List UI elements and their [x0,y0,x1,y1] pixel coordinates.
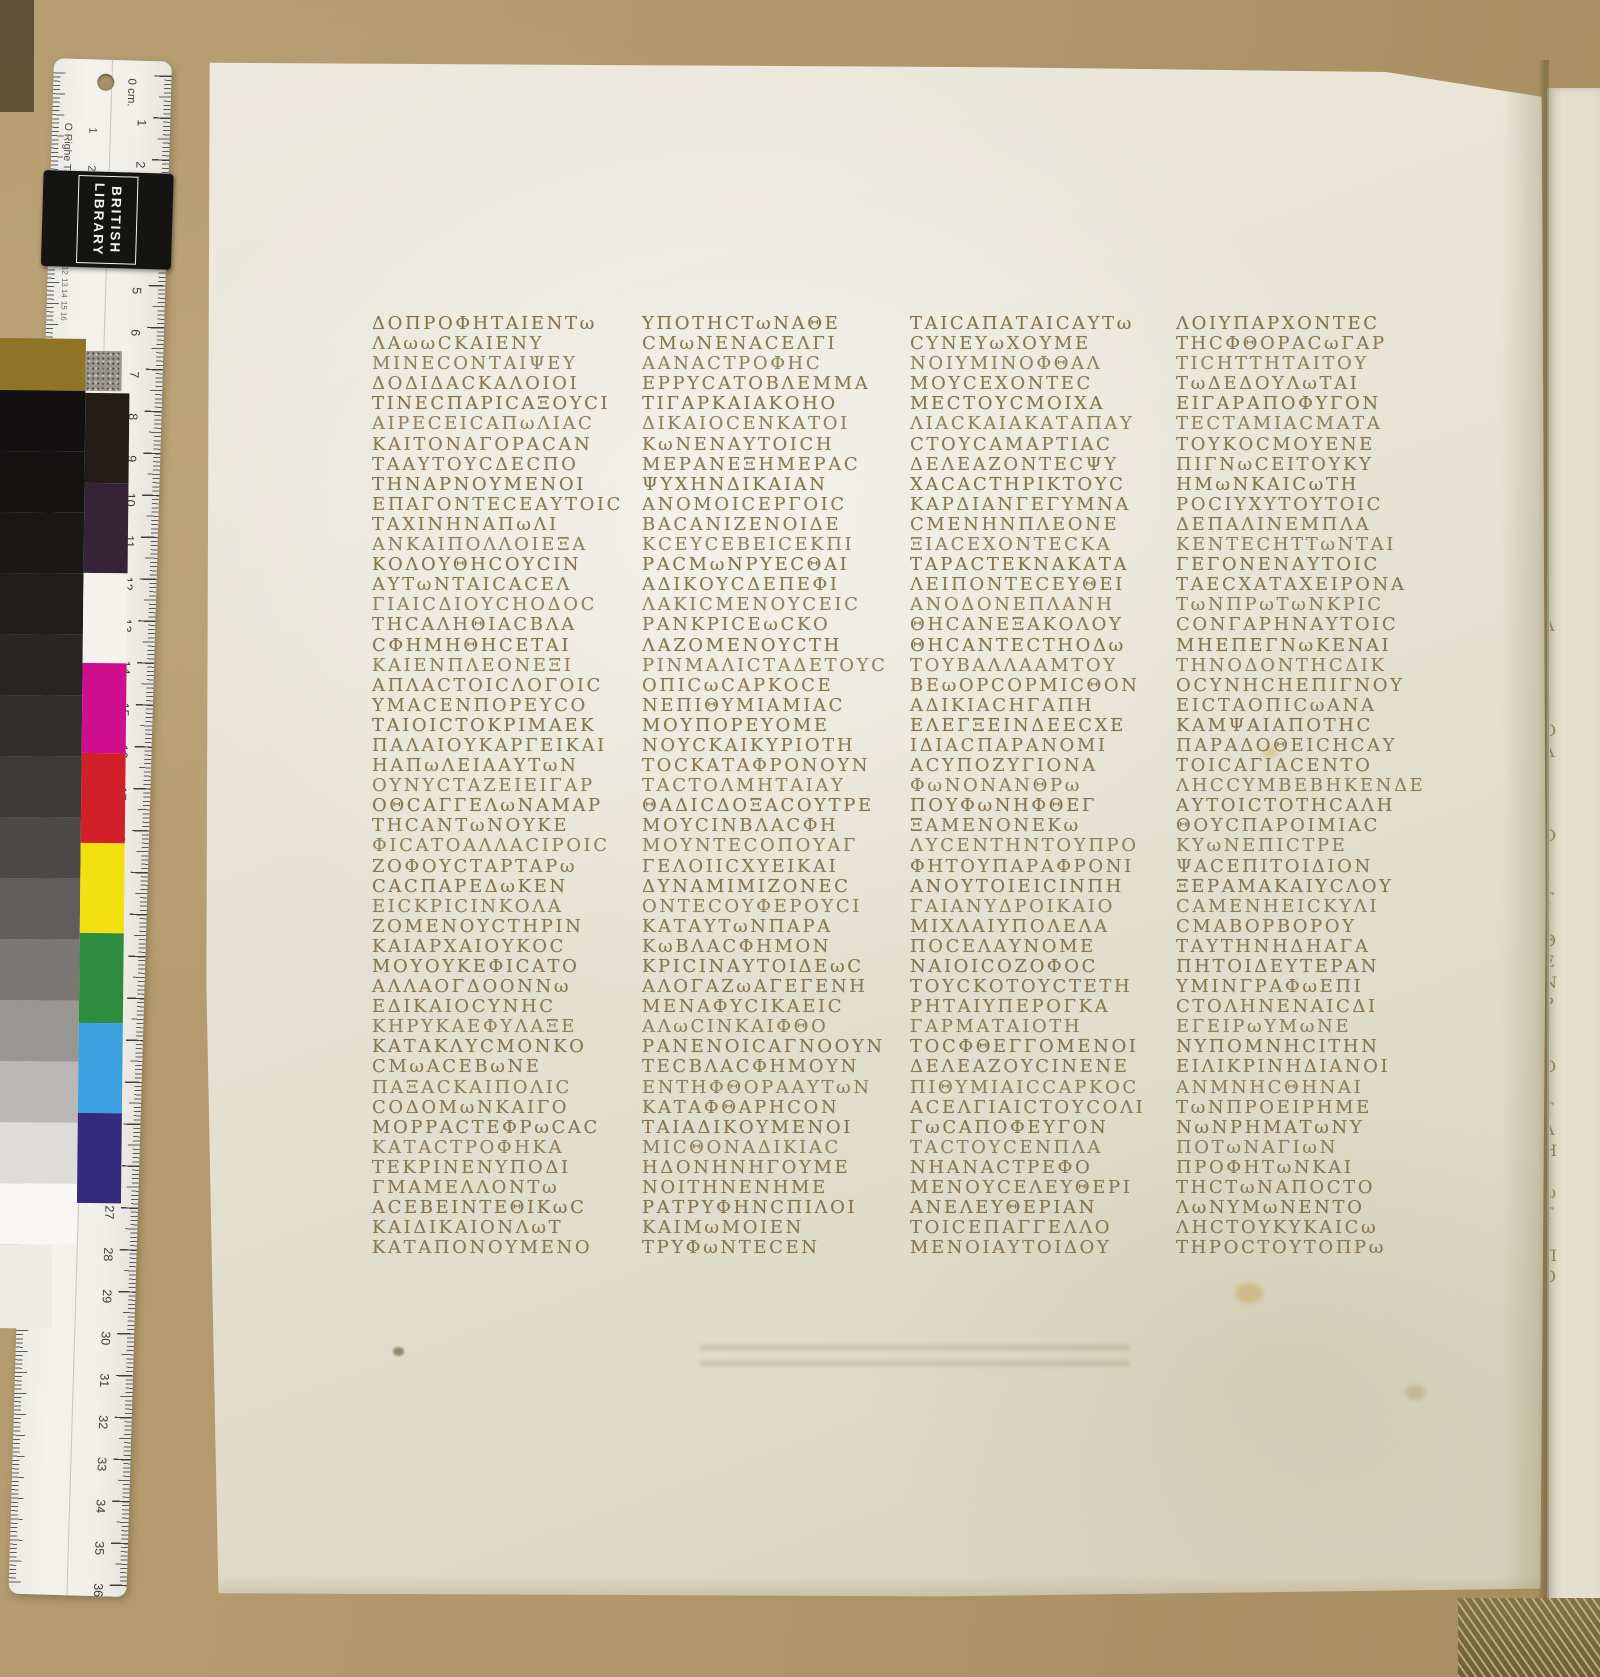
manuscript-line: ΠΟΤωΝΑΓΙωΝ [1176,1137,1444,1157]
manuscript-line: ΚΥωΝΕΠΙCΤΡΕ [1176,835,1444,855]
manuscript-line: ΖΟΦΟΥCΤΑΡΤΑΡω [372,856,640,876]
grayscale-step [0,1122,78,1184]
calibration-card-white-end [0,1244,53,1329]
manuscript-line: ΤΗCΑΝΤωΝΟΥΚΕ [372,815,640,835]
grayscale-strip [0,390,85,1245]
manuscript-line: ΤωΝΠΡΟΕΙΡΗΜΕ [1176,1097,1444,1117]
british-library-label-line2: LIBRARY [89,183,108,257]
manuscript-line: ΝΟΙΤΗΝΕΝΗΜΕ [642,1177,910,1197]
grayscale-step [0,573,84,635]
manuscript-line: ΛΗCΤΟΥΚΥΚΑΙCω [1176,1217,1444,1237]
manuscript-line: ΑCΕΒΕΙΝΤΕΘΙΚωC [372,1197,640,1217]
manuscript-line: ΗΑΠωΛΕΙΑΑΥΤωΝ [372,755,640,775]
manuscript-line: CΤΟΥCΑΜΑΡΤΙΑC [910,434,1178,454]
grayscale-step [0,1000,79,1062]
manuscript-line: ΤΟCΚΑΤΑΦΡΟΝΟΥΝ [642,755,910,775]
manuscript-line: ΔΕΛΕΑΖΟΝΤΕCΨΥ [910,454,1178,474]
manuscript-line: ΕΙΛΙΚΡΙΝΗΔΙΑΝΟΙ [1176,1056,1444,1076]
manuscript-line: ΓΜΑΜΕΛΛΟΝΤω [372,1177,640,1197]
grayscale-step [0,817,81,879]
manuscript-line: ΠΑΡΑΔΟΘΕΙCΗCΑΥ [1176,735,1444,755]
facing-page-edge: Λ·ΟΛΙΙΟΤΘΕΝΡΙΟΤΛΗωΤΠΟ [1547,88,1600,1616]
manuscript-line: ΕΙCΚΡΙCΙΝΚΟΛΑ [372,896,640,916]
manuscript-line: ΑCΕΛΓΙΑΙCΤΟΥCΟΛΙ [910,1097,1178,1117]
ruler-cm-number: 30 [84,1330,126,1346]
manuscript-line: ΜΕΡΑΝΕΞΗΜΕΡΑC [642,454,910,474]
manuscript-line: ΑΝΕΛΕΥΘΕΡΙΑΝ [910,1197,1178,1217]
manuscript-line: ΤΟCΦΘΕΓΓΟΜΕΝΟΙ [910,1036,1178,1056]
manuscript-line: ΜΗΕΠΕΓΝωΚΕΝΑΙ [1176,635,1444,655]
manuscript-line: ΕΛΕΓΞΕΙΝΔΕΕCΧΕ [910,715,1178,735]
color-patch [84,393,129,483]
grayscale-step [0,1061,78,1123]
manuscript-line: ΜΙΧΛΑΙΥΠΟΛΕΛΑ [910,916,1178,936]
manuscript-line: ΤΑCΤΟΥCΕΝΠΛΑ [910,1137,1178,1157]
manuscript-line: ΔΥΝΑΜΙΜΙΖΟΝΕC [642,876,910,896]
manuscript-line: ΜΟΥΠΟΡΕΥΟΜΕ [642,715,910,735]
manuscript-line: ΚΗΡΥΚΑΕΦΥΛΑΞΕ [372,1016,640,1036]
facing-page-edge-glyph [1550,805,1574,826]
manuscript-line: ΚωΒΛΑCΦΗΜΟΝ [642,936,910,956]
color-patch [80,843,125,933]
granite-speckle-patch [85,351,121,391]
manuscript-line: ΚωΝΕΝΑΥΤΟΙCΗ [642,434,910,454]
manuscript-line: ΤΑΙCΑΠΑΤΑΙCΑΥΤω [910,313,1178,333]
ruler-cm-number: 35 [78,1540,120,1556]
manuscript-line: ΚΑΙΤΟΝΑΓΟΡΑCΑΝ [372,434,640,454]
manuscript-line: ΓωCΑΠΟΦΕΥΓΟΝ [910,1117,1178,1137]
manuscript-line: ΕΝΤΗΦΘΟΡΑΑΥΤωΝ [642,1077,910,1097]
manuscript-line: ΒΕωΟΡCΟΡΜΙCΘΟΝ [910,675,1178,695]
facing-page-edge-glyph [1550,847,1574,868]
facing-page-edge-glyph: Λ [1550,616,1574,637]
ruler-side-small-number: 14 [58,288,70,298]
manuscript-line: ΟΠΙCωCΑΡΚΟCΕ [642,675,910,695]
facing-page-edge-glyph: Τ [1550,1204,1574,1225]
color-calibration-card [0,338,132,1329]
facing-page-edge-glyph [1550,910,1574,931]
manuscript-line: ΦωΝΟΝΑΝΘΡω [910,775,1178,795]
manuscript-line: ΚΑΤΑCΤΡΟΦΗΚΑ [372,1137,640,1157]
manuscript-line: ΤΑΙΑΔΙΚΟΥΜΕΝΟΙ [642,1117,910,1137]
manuscript-line: ΓΕΛΟΙΙCΧΥΕΙΚΑΙ [642,856,910,876]
manuscript-line: ΚΑΙΔΙΚΑΙΟΝΛωΤ [372,1217,640,1237]
manuscript-line: ΤΙΓΑΡΚΑΙΑΚΟΗΟ [642,393,910,413]
ruler-side-number: 1 [73,123,111,137]
manuscript-line: ΕΙCΤΑΟΠΙCωΑΝΑ [1176,695,1444,715]
manuscript-line: ΔΕΛΕΑΖΟΥCΙΝΕΝΕ [910,1056,1178,1076]
manuscript-line: ΝΥΠΟΜΝΗCΙΤΗΝ [1176,1036,1444,1056]
manuscript-line: ΡΟCΙΥΧΥΤΟΥΤΟΙC [1176,494,1444,514]
manuscript-line: ΛΙΑCΚΑΙΑΚΑΤΑΠΑΥ [910,413,1178,433]
color-patch [82,663,127,753]
facing-page-edge-glyph [1550,1015,1574,1036]
british-library-label-frame: BRITISH LIBRARY [76,175,139,265]
manuscript-line: ΤΑCΤΟΛΜΗΤΑΙΑΥ [642,775,910,795]
manuscript-line: ΜΕCΤΟΥCΜΟΙΧΑ [910,393,1178,413]
manuscript-line: ΤΟΥΒΑΛΛΑΑΜΤΟΥ [910,655,1178,675]
manuscript-line: ΥΜΑCΕΝΠΟΡΕΥCΟ [372,695,640,715]
manuscript-line: ΖΟΜΕΝΟΥCΤΗΡΙΝ [372,916,640,936]
manuscript-line: ΞΑΜΕΝΟΝΕΚω [910,815,1178,835]
manuscript-line: ΟCΥΝΗCΗΕΠΙΓΝΟΥ [1176,675,1444,695]
facing-page-edge-glyph: Λ [1550,1120,1574,1141]
manuscript-line: ΡΑΝΚΡΙCΕωCΚΟ [642,614,910,634]
manuscript-line: ΑΝΚΑΙΠΟΛΛΟΙΕΞΑ [372,534,640,554]
facing-page-edge-glyph: Τ [1550,1099,1574,1120]
manuscript-line: ΑΝΟΜΟΙCΕΡΓΟΙC [642,494,910,514]
grayscale-step [0,878,80,940]
text-column-2: ΥΠΟΤΗCΤωΝΑΘΕCΜωΝΕΝΑCΕΛΓΙΑΑΝΑCΤΡΟΦΗCΕΡΡΥC… [642,313,910,1257]
manuscript-line: CΦΗΜΗΘΗCΕΤΑΙ [372,635,640,655]
manuscript-line: ΡΗΤΑΙΥΠΕΡΟΓΚΑ [910,996,1178,1016]
text-column-4: ΛΟΙΥΠΑΡΧΟΝΤΕCΤΗCΦΘΟΡΑCωΓΑΡΤΙCΗΤΤΗΤΑΙΤΟΥΤ… [1176,313,1444,1257]
manuscript-line: ΤΟΥCΚΟΤΟΥCΤΕΤΗ [910,976,1178,996]
manuscript-line: ΜΟΥCΙΝΒΛΑCΦΗ [642,815,910,835]
grayscale-step [0,1183,77,1245]
manuscript-line: ΨΑCΕΠΙΤΟΙΔΙΟΝ [1176,856,1444,876]
color-patch [79,933,124,1023]
manuscript-line: ΛΥCΕΝΤΗΝΤΟΥΠΡΟ [910,835,1178,855]
manuscript-line: ΝΟΙΥΜΙΝΟΦΘΑΛ [910,353,1178,373]
manuscript-line: ΤωΝΠΡωΤωΝΚΡΙC [1176,594,1444,614]
facing-page-edge-glyph: Τ [1550,889,1574,910]
facing-page-edge-glyph: Θ [1550,931,1574,952]
facing-page-edge-glyph: Ι [1550,763,1574,784]
manuscript-line: ΞΙΑCΕΧΟΝΤΕCΚΑ [910,534,1178,554]
manuscript-line: ΤΗCΦΘΟΡΑCωΓΑΡ [1176,333,1444,353]
manuscript-line: ΛΕΙΠΟΝΤΕCΕΥΘΕΙ [910,574,1178,594]
manuscript-line: ΤΟΙCΑΓΙΑCΕΝΤΟ [1176,755,1444,775]
manuscript-line: ΤΙΝΕCΠΑΡΙCΑΞΟΥCΙ [372,393,640,413]
ruler-side-small-number: 13 [59,277,71,287]
facing-page-edge-glyph: Ο [1550,826,1574,847]
facing-page-edge-glyph: Λ [1550,742,1574,763]
manuscript-line: ΤΗΝΑΡΝΟΥΜΕΝΟΙ [372,474,640,494]
manuscript-line: ΔΙΚΑΙΟCΕΝΚΑΤΟΙ [642,413,910,433]
manuscript-line: ΜΟΡΡΑCΤΕΦΡωCΑC [372,1117,640,1137]
manuscript-line: ΟΝΤΕCΟΥΦΕΡΟΥCΙ [642,896,910,916]
facing-page-edge-glyph: Ρ [1550,994,1574,1015]
manuscript-line: ΗΔΟΝΗΝΗΓΟΥΜΕ [642,1157,910,1177]
manuscript-line: ΚΑΙΑΡΧΑΙΟΥΚΟC [372,936,640,956]
manuscript-line: ΚΑΤΑΥΤωΝΠΑΡΑ [642,916,910,936]
manuscript-line: ΤΑΡΑCΤΕΚΝΑΚΑΤΑ [910,554,1178,574]
ruler-cm-number: 31 [83,1372,125,1388]
facing-page-edge-glyph: Ο [1550,721,1574,742]
manuscript-line: ΑΠΛΑCΤΟΙCΛΟΓΟΙC [372,675,640,695]
ruler-side-small-number: 16 [57,311,69,321]
manuscript-line: ΑΥΤΟΙCΤΟΤΗCΑΛΗ [1176,795,1444,815]
manuscript-line: ΑΥΤωΝΤΑΙCΑCΕΛ [372,574,640,594]
text-column-1: ΔΟΠΡΟΦΗΤΑΙΕΝΤωΛΑωωCΚΑΙΕΝΥΜΙΝΕCΟΝΤΑΙΨΕΥΔΟ… [372,313,640,1257]
color-patch-strip [77,393,129,1203]
manuscript-line: ΤΕΚΡΙΝΕΝΥΠΟΔΙ [372,1157,640,1177]
manuscript-line: ΠΙΘΥΜΙΑΙCCΑΡΚΟC [910,1077,1178,1097]
manuscript-line: ΡΑΤΡΥΦΗΝCΠΙΛΟΙ [642,1197,910,1217]
ruler-side-small-number: 15 [58,300,70,310]
manuscript-line: ΜΕΝΑΦΥCΙΚΑΕΙC [642,996,910,1016]
manuscript-line: ΥΠΟΤΗCΤωΝΑΘΕ [642,313,910,333]
manuscript-line: ΤΑΧΙΝΗΝΑΠωΛΙ [372,514,640,534]
manuscript-line: ΞΕΡΑΜΑΚΑΙΥCΛΟΥ [1176,876,1444,896]
manuscript-line: ΚΑΤΑΠΟΝΟΥΜΕΝΟ [372,1237,640,1257]
facing-page-edge-glyph [1550,679,1574,700]
manuscript-line: ΤΑΙΟΙCΤΟΚΡΙΜΑΕΚ [372,715,640,735]
manuscript-line: ΚCΕΥCΕΒΕΙCΕΚΠΙ [642,534,910,554]
manuscript-line: ΓΑΡΜΑΤΑΙΟΤΗ [910,1016,1178,1036]
facing-page-edge-glyph [1550,1288,1574,1309]
manuscript-line: ΡΑΝΕΝΟΙCΑΓΝΟΟΥΝ [642,1036,910,1056]
manuscript-line: ΚΟΛΟΥΘΗCΟΥCΙΝ [372,554,640,574]
manuscript-line: ΓΙΑΙCΔΙΟΥCΗΟΔΟC [372,594,640,614]
manuscript-line: ΤΑΑΥΤΟΥCΔΕCΠΟ [372,454,640,474]
manuscript-line: ΕΙΓΑΡΑΠΟΦΥΓΟΝ [1176,393,1444,413]
manuscript-line: ΘΗCΑΝΕΞΑΚΟΛΟΥ [910,614,1178,634]
manuscript-line: ΕΓΕΙΡωΥΜωΝΕ [1176,1016,1444,1036]
manuscript-line: ΤΡΥΦωΝΤΕCΕΝ [642,1237,910,1257]
ruler-cm-number: 34 [79,1498,121,1514]
manuscript-line: ΕΠΑΓΟΝΤΕCΕΑΥΤΟΙC [372,494,640,514]
manuscript-line: ΤΗΝΟΔΟΝΤΗCΔΙΚ [1176,655,1444,675]
british-library-label: BRITISH LIBRARY [41,170,174,270]
manuscript-line: ΝωΝΡΗΜΑΤωΝΥ [1176,1117,1444,1137]
manuscript-line: ΚΑΡΔΙΑΝΓΕΓΥΜΝΑ [910,494,1178,514]
grayscale-step [0,390,85,452]
grayscale-step [0,512,84,574]
manuscript-line: ΛΑωωCΚΑΙΕΝΥ [372,333,640,353]
facing-page-edge-glyph: Ο [1550,1057,1574,1078]
facing-page-edge-glyph: Ο [1550,1267,1574,1288]
manuscript-line: ΝΕΠΙΘΥΜΙΑΜΙΑC [642,695,910,715]
photo-corner-shadow [0,0,34,112]
manuscript-line: ΤΑΕCΧΑΤΑΧΕΙΡΟΝΑ [1176,574,1444,594]
grayscale-step [0,939,80,1001]
facing-page-edge-glyph: Ι [1550,784,1574,805]
manuscript-line: ΤΕCΤΑΜΙΑCΜΑΤΑ [1176,413,1444,433]
manuscript-line: ΘΗCΑΝΤΕCΤΗΟΔω [910,635,1178,655]
ruler-side-small-numbers: 1213141516 [58,264,70,322]
grayscale-step [0,756,82,818]
manuscript-line: ΛΗCCΥΜΒΕΒΗΚΕΝΔΕ [1176,775,1444,795]
manuscript-line: ΤΟΥΚΟCΜΟΥΕΝΕ [1176,434,1444,454]
facing-page-edge-glyph [1550,1225,1574,1246]
manuscript-line: ΗΜωΝΚΑΙCωΤΗ [1176,474,1444,494]
manuscript-line: ΛΑΖΟΜΕΝΟΥCΤΗ [642,635,910,655]
manuscript-line: ΤΕCΒΛΑCΦΗΜΟΥΝ [642,1056,910,1076]
manuscript-line: ΠΡΟΦΗΤωΝΚΑΙ [1176,1157,1444,1177]
manuscript-line: CΑΜΕΝΗΕΙCΚΥΛΙ [1176,896,1444,916]
manuscript-line: CΥΝΕΥωΧΟΥΜΕ [910,333,1178,353]
manuscript-line: ΑΝΜΝΗCΘΗΝΑΙ [1176,1077,1444,1097]
manuscript-line: ΧΑCΑCΤΗΡΙΚΤΟΥC [910,474,1178,494]
grayscale-step [0,695,82,757]
manuscript-line: ΛΟΙΥΠΑΡΧΟΝΤΕC [1176,313,1444,333]
manuscript-line: ΠΟΥΦωΝΗΦΘΕΓ [910,795,1178,815]
gold-patch [0,338,86,391]
manuscript-line: ΑCΥΠΟΖΥΓΙΟΝΑ [910,755,1178,775]
manuscript-line: ΠΑΞΑCΚΑΙΠΟΛΙC [372,1077,640,1097]
facing-page-edge-text: Λ·ΟΛΙΙΟΤΘΕΝΡΙΟΤΛΗωΤΠΟ [1550,616,1574,1330]
manuscript-line: ΝΗΑΝΑCΤΡΕΦΟ [910,1157,1178,1177]
facing-page-edge-glyph [1550,658,1574,679]
manuscript-line: ΚΑΤΑΦΘΑΡΗCΟΝ [642,1097,910,1117]
grayscale-step [0,451,85,513]
manuscript-line: ΜΙΝΕCΟΝΤΑΙΨΕΥ [372,353,640,373]
facing-page-edge-glyph: Ν [1550,973,1574,994]
text-column-3: ΤΑΙCΑΠΑΤΑΙCΑΥΤωCΥΝΕΥωΧΟΥΜΕΝΟΙΥΜΙΝΟΦΘΑΛΜΟ… [910,313,1178,1257]
manuscript-line: ΠΗΤΟΙΔΕΥΤΕΡΑΝ [1176,956,1444,976]
manuscript-line: ΙΔΙΑCΠΑΡΑΝΟΜΙ [910,735,1178,755]
manuscript-line: ΠΑΛΑΙΟΥΚΑΡΓΕΙΚΑΙ [372,735,640,755]
manuscript-line: CΤΟΛΗΝΕΝΑΙCΔΙ [1176,996,1444,1016]
manuscript-line: ΚΑΙΜωΜΟΙΕΝ [642,1217,910,1237]
fanned-page-edges [1458,1598,1600,1677]
manuscript-line: ΓΕΓΟΝΕΝΑΥΤΟΙC [1176,554,1444,574]
manuscript-line: ΤΗΡΟCΤΟΥΤΟΠΡω [1176,1237,1444,1257]
facing-page-edge-glyph: · [1550,637,1574,658]
manuscript-line: ΤΙCΗΤΤΗΤΑΙΤΟΥ [1176,353,1444,373]
manuscript-line: ΑΝΟΥΤΟΙΕΙCΙΝΠΗ [910,876,1178,896]
manuscript-line: ΑΝΟΔΟΝΕΠΛΑΝΗ [910,594,1178,614]
manuscript-line: ΤΑΥΤΗΝΗΔΗΑΓΑ [1176,936,1444,956]
manuscript-line: ΑΙΡΕCΕΙCΑΠωΛΙΑC [372,413,640,433]
facing-page-edge-glyph [1550,1162,1574,1183]
manuscript-line: ΑΛΟΓΑΖωΑΓΕΓΕΝΗ [642,976,910,996]
ruler-cm-number: 1 [120,115,162,131]
manuscript-line: ΡΙΝΜΑΛΙCΤΑΔΕΤΟΥC [642,655,910,675]
manuscript-line: ΚΑΜΨΑΙΑΠΟΤΗC [1176,715,1444,735]
manuscript-line: CΑCΠΑΡΕΔωΚΕΝ [372,876,640,896]
manuscript-line: ΦΙCΑΤΟΑΛΛΑCΙΡΟΙC [372,835,640,855]
manuscript-line: ΔΟΔΙΔΑCΚΑΛΟΙΟΙ [372,373,640,393]
british-library-label-line1: BRITISH [106,186,125,254]
color-patch [77,1113,122,1203]
facing-page-edge-glyph [1550,1309,1574,1330]
manuscript-line: ΤΗCΤωΝΑΠΟCΤΟ [1176,1177,1444,1197]
manuscript-line: ΜΙCΘΟΝΑΔΙΚΙΑC [642,1137,910,1157]
facing-page-edge-glyph: Π [1550,1246,1574,1267]
text-columns: ΔΟΠΡΟΦΗΤΑΙΕΝΤωΛΑωωCΚΑΙΕΝΥΜΙΝΕCΟΝΤΑΙΨΕΥΔΟ… [205,55,1547,1601]
ruler-cm-number: 33 [81,1456,123,1472]
color-patch [81,753,126,843]
facing-page-edge-glyph: Η [1550,1141,1574,1162]
manuscript-line: ΚΑΙΕΝΠΛΕΟΝΕΞΙ [372,655,640,675]
manuscript-line: ΚΡΙCΙΝΑΥΤΟΙΔΕωC [642,956,910,976]
manuscript-line: ΤωΔΕΔΟΥΛωΤΑΙ [1176,373,1444,393]
manuscript-line: ΛΑΚΙCΜΕΝΟΥCΕΙC [642,594,910,614]
manuscript-line: ΕΔΙΚΑΙΟCΥΝΗC [372,996,640,1016]
manuscript-line: ΜΟΥΟΥΚΕΦΙCΑΤΟ [372,956,640,976]
manuscript-line: ΕΡΡΥCΑΤΟΒΛΕΜΜΑ [642,373,910,393]
manuscript-line: CΜωΝΕΝΑCΕΛΓΙ [642,333,910,353]
ruler-cm-number: 36 [77,1582,119,1598]
ruler-cm-number: 2 [119,157,161,173]
manuscript-line: ΝΑΙΟΙCΟΖΟΦΟC [910,956,1178,976]
manuscript-line: CΜΕΝΗΝΠΛΕΟΝΕ [910,514,1178,534]
manuscript-line: ΑΔΙΚΙΑCΗΓΑΠΗ [910,695,1178,715]
manuscript-line: ΑΑΝΑCΤΡΟΦΗC [642,353,910,373]
manuscript-page: ΔΟΠΡΟΦΗΤΑΙΕΝΤωΛΑωωCΚΑΙΕΝΥΜΙΝΕCΟΝΤΑΙΨΕΥΔΟ… [205,55,1547,1601]
ruler-cm-number: 5 [115,282,157,298]
manuscript-line: CΜωΑCΕΒωΝΕ [372,1056,640,1076]
manuscript-line: ΔΕΠΑΛΙΝΕΜΠΛΑ [1176,514,1444,534]
facing-page-edge-glyph: ω [1550,1183,1574,1204]
facing-page-edge-glyph [1550,700,1574,721]
manuscript-line: ΚΕΝΤΕCΗΤΤωΝΤΑΙ [1176,534,1444,554]
manuscript-line: ΑΔΙΚΟΥCΔΕΠΕΦΙ [642,574,910,594]
manuscript-line: ΛωΝΥΜωΝΕΝΤΟ [1176,1197,1444,1217]
manuscript-line: ΘΑΔΙCΔΟΞΑCΟΥΤΡΕ [642,795,910,815]
manuscript-line: ΠΟCΕΛΑΥΝΟΜΕ [910,936,1178,956]
manuscript-line: ΜΕΝΟΥCΕΛΕΥΘΕΡΙ [910,1177,1178,1197]
manuscript-line: ΡΑCΜωΝΡΥΕCΘΑΙ [642,554,910,574]
facing-page-edge-glyph [1550,1078,1574,1099]
manuscript-line: ΝΟΥCΚΑΙΚΥΡΙΟΤΗ [642,735,910,755]
ruler-cm-number: 32 [82,1414,124,1430]
manuscript-line: CΜΑΒΟΡΒΟΡΟΥ [1176,916,1444,936]
manuscript-line: ΨΥΧΗΝΔΙΚΑΙΑΝ [642,474,910,494]
manuscript-line: ΦΗΤΟΥΠΑΡΑΦΡΟΝΙ [910,856,1178,876]
manuscript-line: ΑΛωCΙΝΚΑΙΦΘΟ [642,1016,910,1036]
manuscript-line: ΤΟΙCΕΠΑΓΓΕΛΛΟ [910,1217,1178,1237]
manuscript-line: ΔΟΠΡΟΦΗΤΑΙΕΝΤω [372,313,640,333]
grayscale-step [0,634,83,696]
manuscript-line: CΟΔΟΜωΝΚΑΙΓΟ [372,1097,640,1117]
manuscript-line: ΥΜΙΝΓΡΑΦωΕΠΙ [1176,976,1444,996]
color-patch [83,573,128,663]
manuscript-line: ΤΗCΑΛΗΘΙΑCΒΛΑ [372,614,640,634]
manuscript-line: ΑΛΛΑΟΓΔΟΟΝΝω [372,976,640,996]
manuscript-line: ΟΘCΑΓΓΕΛωΝΑΜΑΡ [372,795,640,815]
manuscript-line: ΚΑΤΑΚΛΥCΜΟΝΚΟ [372,1036,640,1056]
manuscript-line: ΓΑΙΑΝΥΔΡΟΙΚΑΙΟ [910,896,1178,916]
manuscript-line: ΒΑCΑΝΙΖΕΝΟΙΔΕ [642,514,910,534]
manuscript-line: ΜΟΥΝΤΕCΟΠΟΥΑΓ [642,835,910,855]
manuscript-line: ΜΟΥCΕΧΟΝΤΕC [910,373,1178,393]
manuscript-line: ΟΥΝΥCΤΑΖΕΙΕΙΓΑΡ [372,775,640,795]
manuscript-line: ΜΕΝΟΙΑΥΤΟΙΔΟΥ [910,1237,1178,1257]
ruler-cm-number: 6 [114,324,156,340]
facing-page-edge-glyph [1550,868,1574,889]
manuscript-line: ΘΟΥCΠΑΡΟΙΜΙΑC [1176,815,1444,835]
facing-page-edge-glyph: Ε [1550,952,1574,973]
color-patch [78,1023,123,1113]
color-patch [84,483,129,573]
manuscript-line: ΠΙΓΝωCΕΙΤΟΥΚΥ [1176,454,1444,474]
facing-page-edge-glyph: Ι [1550,1036,1574,1057]
manuscript-line: CΟΝΓΑΡΗΝΑΥΤΟΙC [1176,614,1444,634]
